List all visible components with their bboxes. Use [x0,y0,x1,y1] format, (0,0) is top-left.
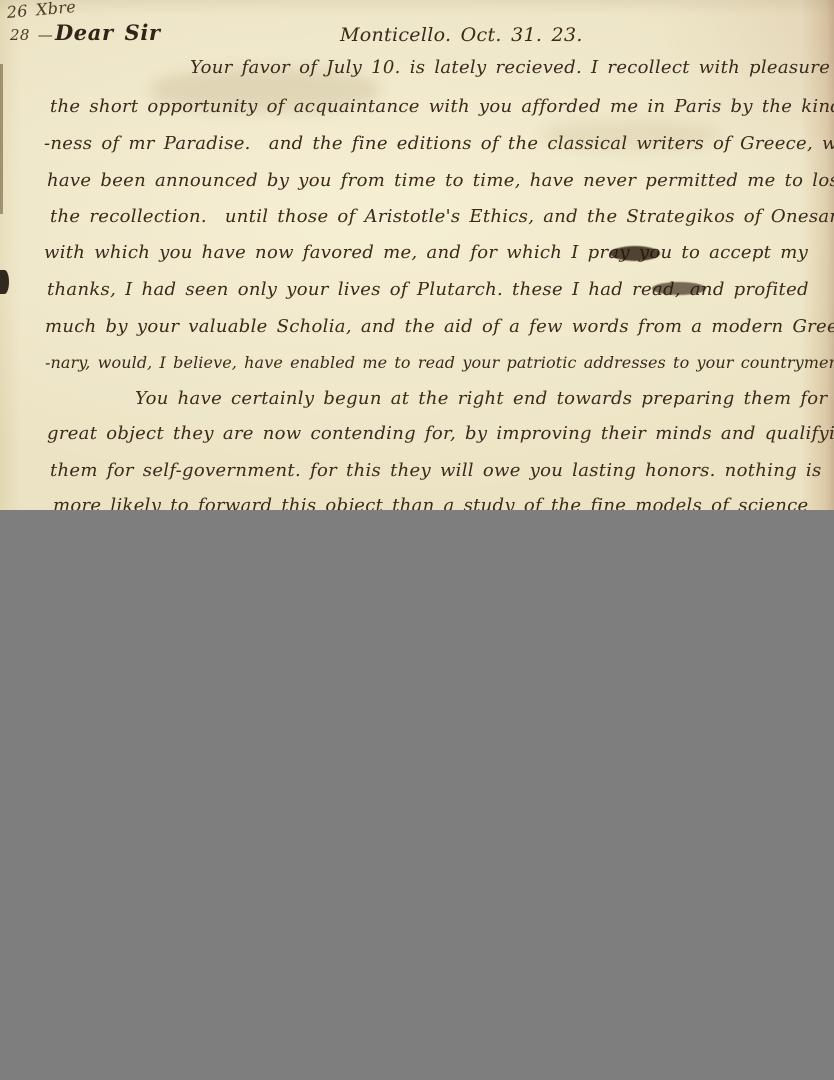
ink-blot-overwrite [610,246,660,261]
paper-edge-smudge [0,270,9,294]
letter-line: -nary, would, I believe, have enabled me… [45,353,834,372]
letter-scan: 26 Xbre 28 — Dear Sir Monticello. Oct. 3… [0,0,834,1080]
dateline: Monticello. Oct. 31. 23. [340,24,583,46]
letter-line: -ness of mr Paradise. and the fine editi… [44,133,834,154]
letter-line: great object they are now contending for… [47,423,834,444]
letter-line: Your favor of July 10. is lately recieve… [190,57,830,78]
missing-scan-area [0,510,834,1080]
letter-line: much by your valuable Scholia, and the a… [45,316,834,337]
docket-note-line2: 28 — [10,26,53,44]
letter-line: with which you have now favored me, and … [44,242,808,263]
letter-line: them for self-government. for this they … [50,460,822,481]
letter-line: You have certainly begun at the right en… [135,388,834,409]
salutation: Dear Sir [55,20,161,45]
ink-blot-strikeout [652,282,706,295]
paper-edge-mark [0,64,3,214]
letter-line: the short opportunity of acquaintance wi… [50,96,834,117]
letter-line: have been announced by you from time to … [47,170,834,191]
letter-line: the recollection. until those of Aristot… [50,206,834,227]
